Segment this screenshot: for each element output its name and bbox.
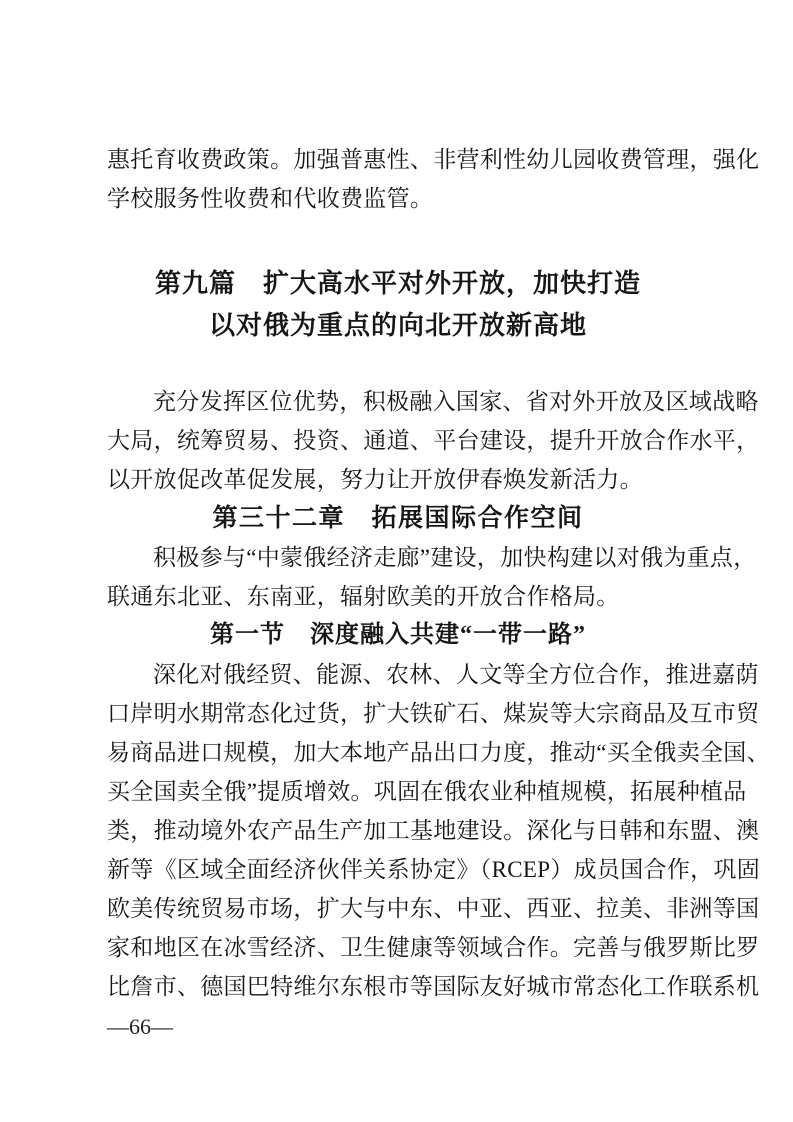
text-line: 家和地区在冰雪经济、卫生健康等领域合作。完善与俄罗斯比罗 <box>107 928 689 967</box>
text-line: 新等《区域全面经济伙伴关系协定》（RCEP）成员国合作，巩固 <box>107 850 689 889</box>
part-intro-paragraph: 充分发挥区位优势，积极融入国家、省对外开放及区域战略 大局，统筹贸易、投资、通道… <box>107 382 689 499</box>
chapter-title: 第三十二章 拓展国际合作空间 <box>107 499 689 538</box>
page-footer: —66— <box>107 1013 689 1041</box>
section-title: 第一节 深度融入共建“一带一路” <box>107 616 689 655</box>
text-line: 买全国卖全俄”提质增效。巩固在俄农业种植规模，拓展种植品 <box>107 772 689 811</box>
section-body-paragraph: 深化对俄经贸、能源、农林、人文等全方位合作，推进嘉荫 口岸明水期常态化过货，扩大… <box>107 655 689 1006</box>
part-title-line-2: 以对俄为重点的向北开放新高地 <box>107 304 689 346</box>
text-line: 深化对俄经贸、能源、农林、人文等全方位合作，推进嘉荫 <box>107 655 689 694</box>
text-line: 惠托育收费政策。加强普惠性、非营利性幼儿园收费管理，强化 <box>107 140 689 179</box>
text-line: 以开放促改革促发展，努力让开放伊春焕发新活力。 <box>107 460 689 499</box>
text-line: 类，推动境外农产品生产加工基地建设。深化与日韩和东盟、澳 <box>107 811 689 850</box>
part-title: 第九篇 扩大高水平对外开放，加快打造 以对俄为重点的向北开放新高地 <box>107 262 689 346</box>
page-content: 惠托育收费政策。加强普惠性、非营利性幼儿园收费管理，强化 学校服务性收费和代收费… <box>107 140 689 1041</box>
text-line: 比詹市、德国巴特维尔东根市等国际友好城市常态化工作联系机 <box>107 967 689 1006</box>
text-line: 联通东北亚、东南亚，辐射欧美的开放合作格局。 <box>107 577 689 616</box>
text-line: 大局，统筹贸易、投资、通道、平台建设，提升开放合作水平， <box>107 421 689 460</box>
text-line: 充分发挥区位优势，积极融入国家、省对外开放及区域战略 <box>107 382 689 421</box>
page-number: —66— <box>107 1014 173 1039</box>
part-title-line-1: 第九篇 扩大高水平对外开放，加快打造 <box>107 262 689 304</box>
text-line: 积极参与“中蒙俄经济走廊”建设，加快构建以对俄为重点， <box>107 538 689 577</box>
text-line: 易商品进口规模，加大本地产品出口力度，推动“买全俄卖全国、 <box>107 733 689 772</box>
chapter-intro-paragraph: 积极参与“中蒙俄经济走廊”建设，加快构建以对俄为重点， 联通东北亚、东南亚，辐射… <box>107 538 689 616</box>
text-line: 口岸明水期常态化过货，扩大铁矿石、煤炭等大宗商品及互市贸 <box>107 694 689 733</box>
document-page: 惠托育收费政策。加强普惠性、非营利性幼儿园收费管理，强化 学校服务性收费和代收费… <box>0 0 793 1122</box>
text-line: 学校服务性收费和代收费监管。 <box>107 179 689 218</box>
text-line: 欧美传统贸易市场，扩大与中东、中亚、西亚、拉美、非洲等国 <box>107 889 689 928</box>
carryover-paragraph: 惠托育收费政策。加强普惠性、非营利性幼儿园收费管理，强化 学校服务性收费和代收费… <box>107 140 689 218</box>
